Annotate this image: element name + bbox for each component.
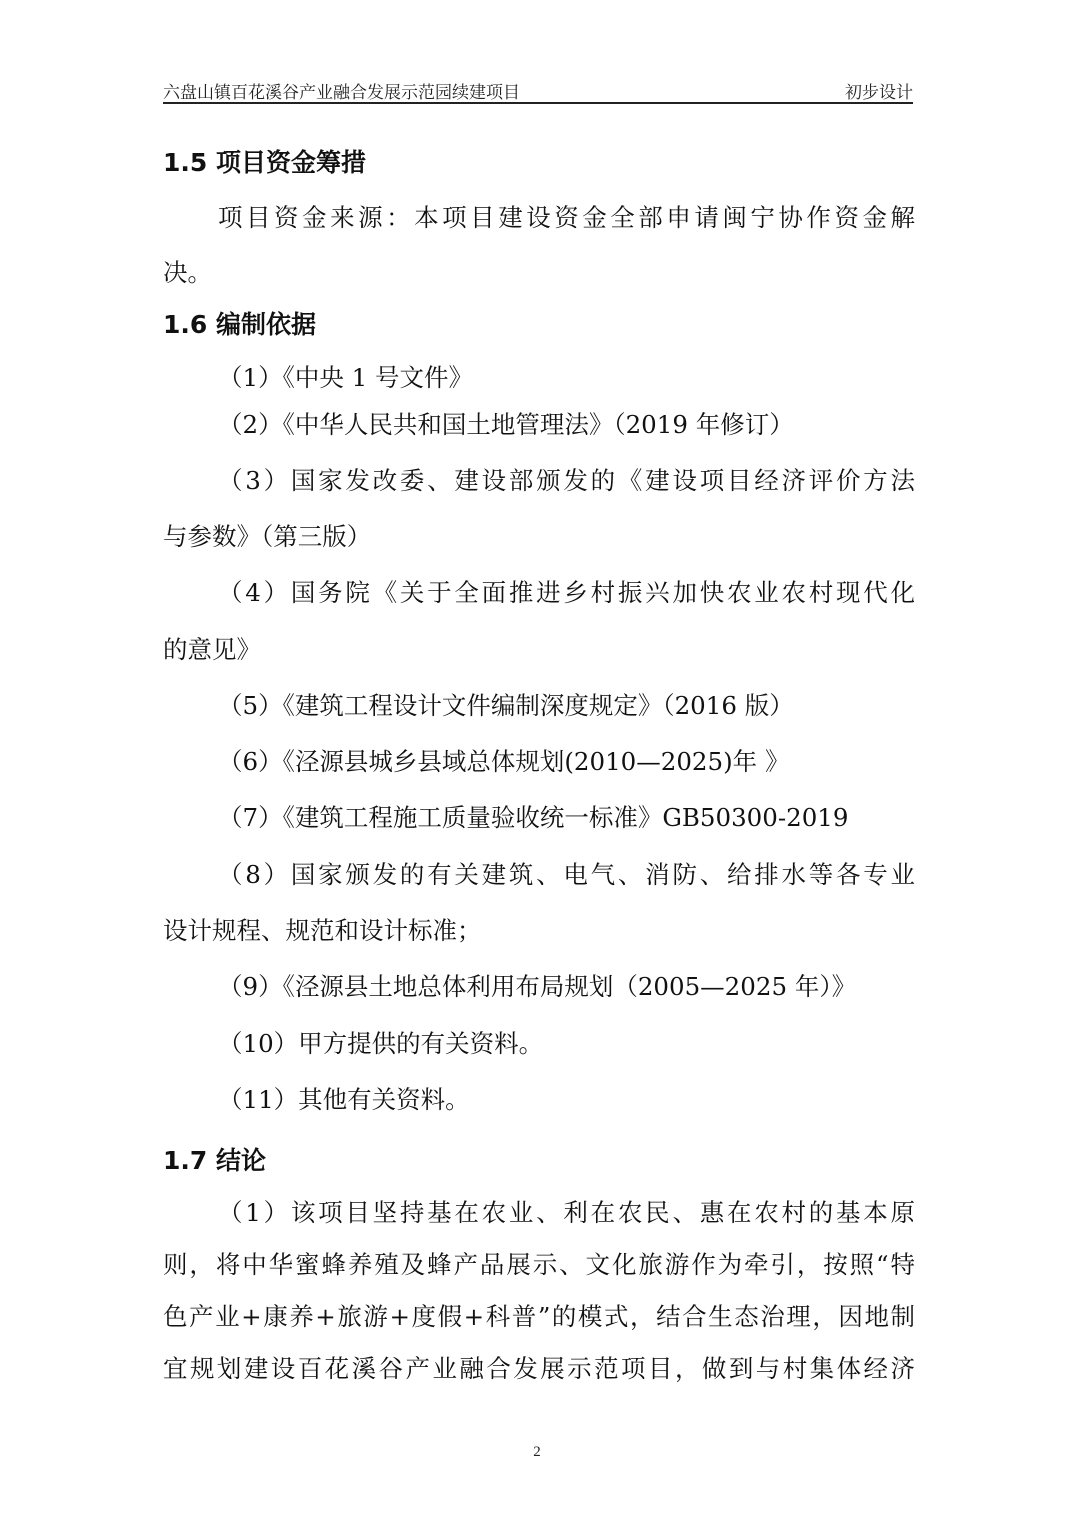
conclusion-line1: （1）该项目坚持基在农业、利在农民、惠在农村的基本原 bbox=[218, 1198, 915, 1228]
basis-item-6: （6）《泾源县城乡县域总体规划(2010—2025)年 》 bbox=[218, 747, 970, 777]
basis-item-5: （5）《建筑工程设计文件编制深度规定》（2016 版） bbox=[218, 691, 970, 721]
basis-item-3-line2: 与参数》（第三版） bbox=[163, 522, 915, 552]
basis-item-8-line2: 设计规程、规范和设计标准； bbox=[163, 916, 915, 946]
conclusion-line3: 色产业+康养+旅游+度假+科普”的模式，结合生态治理，因地制 bbox=[163, 1302, 915, 1332]
basis-item-10: （10）甲方提供的有关资料。 bbox=[218, 1029, 970, 1059]
basis-item-2: （2）《中华人民共和国土地管理法》（2019 年修订） bbox=[218, 410, 970, 440]
basis-item-8-line1: （8）国家颁发的有关建筑、电气、消防、给排水等各专业 bbox=[218, 860, 915, 890]
funding-paragraph-line2: 决。 bbox=[163, 258, 915, 288]
section-heading-1-6: 1.6 编制依据 bbox=[163, 310, 915, 340]
basis-item-9: （9）《泾源县土地总体利用布局规划（2005—2025 年）》 bbox=[218, 972, 970, 1002]
basis-item-1: （1）《中央 1 号文件》 bbox=[218, 363, 970, 393]
basis-item-7: （7）《建筑工程施工质量验收统一标准》GB50300-2019 bbox=[218, 803, 970, 833]
header-project-title: 六盘山镇百花溪谷产业融合发展示范园续建项目 bbox=[163, 78, 520, 103]
section-heading-1-7: 1.7 结论 bbox=[163, 1146, 915, 1176]
basis-item-11: （11）其他有关资料。 bbox=[218, 1085, 970, 1115]
conclusion-line4: 宜规划建设百花溪谷产业融合发展示范项目，做到与村集体经济 bbox=[163, 1354, 915, 1384]
basis-item-3-line1: （3）国家发改委、建设部颁发的《建设项目经济评价方法 bbox=[218, 466, 915, 496]
section-heading-1-5: 1.5 项目资金筹措 bbox=[163, 148, 915, 178]
header-doc-stage: 初步设计 bbox=[845, 78, 913, 103]
page-number: 2 bbox=[0, 1444, 1074, 1461]
basis-item-4-line1: （4）国务院《关于全面推进乡村振兴加快农业农村现代化 bbox=[218, 578, 915, 608]
funding-paragraph-line1: 项目资金来源：本项目建设资金全部申请闽宁协作资金解 bbox=[218, 203, 915, 233]
page-header: 六盘山镇百花溪谷产业融合发展示范园续建项目 初步设计 bbox=[163, 76, 913, 104]
conclusion-line2: 则，将中华蜜蜂养殖及蜂产品展示、文化旅游作为牵引，按照“特 bbox=[163, 1250, 915, 1280]
basis-item-4-line2: 的意见》 bbox=[163, 635, 915, 665]
